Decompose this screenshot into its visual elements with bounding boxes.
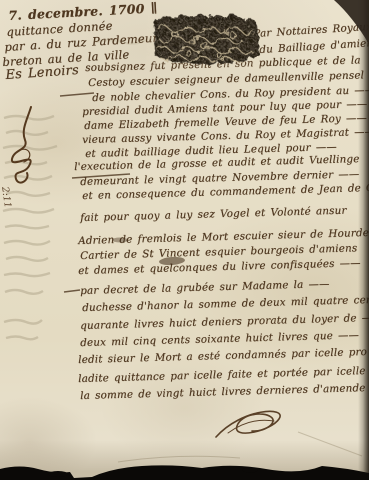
manuscript-line: par decret de la grubée sur Madame la —— [80, 278, 330, 297]
manuscript-line: deux mil cinq cents soixante huict livre… [80, 329, 359, 349]
bottom-paper-shade [0, 440, 369, 480]
notary-line: Par Nottaires Royaux [253, 21, 369, 40]
manuscript-line: duchesse d'hanor la somme de deux mil qu… [82, 294, 369, 314]
manuscript-line: quarante livres huict deniers prorata du… [80, 312, 369, 332]
manuscript-page: 7. decembre. 1700 ∥ quittance donnée par… [0, 0, 369, 480]
signature-paraph-icon [216, 411, 280, 437]
manuscript-line: ledit sieur le Mort a esté condamnés par… [78, 346, 367, 366]
manuscript-line: fait pour quoy a luy sez Vogel et Volont… [80, 205, 347, 224]
manuscript-line: ladite quittance par icelle faite et por… [78, 365, 366, 385]
ink-stamp [146, 7, 262, 68]
notary-line: du Bailliage d'amiens [259, 37, 369, 56]
margin-mark: 2:11 [0, 186, 13, 209]
scan-edge-right [358, 0, 369, 480]
margin-paraph-icon [12, 107, 31, 183]
manuscript-line: la somme de vingt huict livres dernieres… [80, 381, 369, 402]
